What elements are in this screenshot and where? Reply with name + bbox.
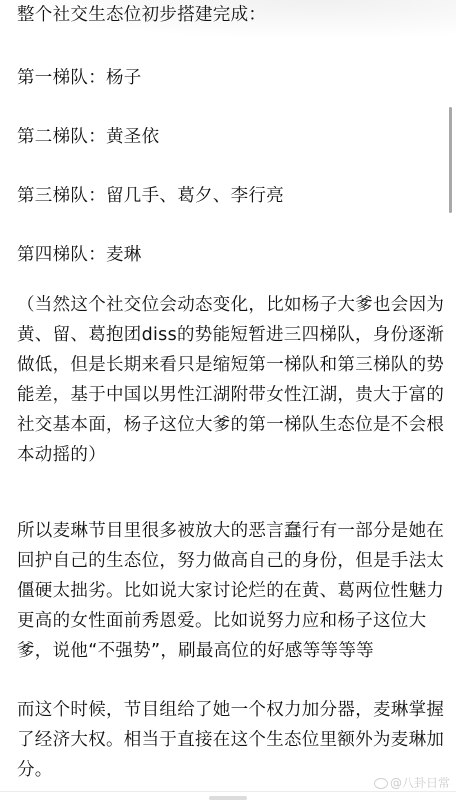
tier-1-line: 第一梯队：杨子 [17, 63, 142, 93]
home-indicator[interactable] [209, 796, 247, 800]
paragraph-2-line: 僵硬太拙劣。比如说大家讨论烂的在黄、葛两位性魅力 [17, 576, 444, 606]
paragraph-3-line: 分。 [17, 755, 53, 785]
paragraph-2-line: 更高的女性面前秀恩爱。比如说努力应和杨子这位大 [17, 606, 426, 636]
paragraph-2-line: 爹，说他“不强势”，刷最高位的好感等等等等 [17, 636, 374, 666]
bottom-divider [0, 791, 456, 792]
paragraph-2-line: 回护自己的生态位，努力做高自己的身份，但是手法太 [17, 546, 444, 576]
paragraph-1-line: 本动摇的） [17, 440, 106, 470]
tier-4-line: 第四梯队：麦琳 [17, 240, 142, 270]
watermark-text: @八卦日常 [390, 775, 450, 791]
paragraph-1-line: （当然这个社交位会动态变化，比如杨子大爹也会因为 [17, 290, 444, 320]
paragraph-3-line: 了经济大权。相当于直接在这个生态位里额外为麦琳加 [17, 725, 444, 755]
tier-2-line: 第二梯队：黄圣依 [17, 122, 159, 152]
paragraph-2-line: 所以麦琳节目里很多被放大的恶言蠢行有一部分是她在 [17, 516, 444, 546]
paragraph-1-line: 能差，基于中国以男性江湖附带女性江湖，贵大于富的 [17, 380, 444, 410]
paragraph-3-line: 而这个时候，节目组给了她一个权力加分器，麦琳掌握 [17, 695, 444, 725]
tier-3-line: 第三梯队：留几手、葛夕、李行亮 [17, 181, 284, 211]
heading-line: 整个社交生态位初步搭建完成： [17, 0, 266, 30]
vertical-scrollbar[interactable] [449, 107, 452, 213]
weibo-icon [374, 778, 388, 789]
watermark: @八卦日常 [374, 775, 450, 791]
paragraph-1-line: 社交基本面，杨子这位大爹的第一梯队生态位是不会根 [17, 410, 444, 440]
paragraph-1-line: 黄、留、葛抱团diss的势能短暂进三四梯队，身份逐渐 [17, 320, 444, 350]
paragraph-1-line: 做低，但是长期来看只是缩短第一梯队和第三梯队的势 [17, 350, 444, 380]
